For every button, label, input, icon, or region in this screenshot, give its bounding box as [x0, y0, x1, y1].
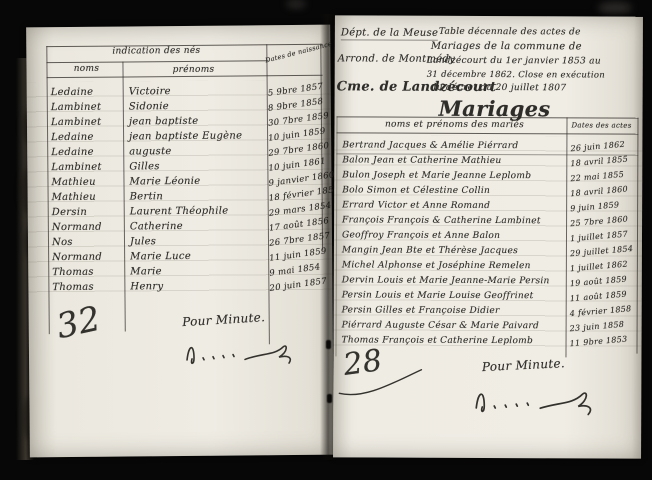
spouses-names: Piérrard Auguste César & Marie Paivard — [342, 320, 564, 331]
table-row: Persin Louis et Marie Louise Geoffrinet1… — [334, 290, 642, 306]
given-name: Henry — [130, 280, 264, 292]
marriage-date: 4 février 1858 — [569, 304, 636, 318]
pour-minute-label: Pour Minute. — [153, 308, 294, 331]
surname: Mathieu — [51, 176, 125, 188]
column-header-spouses: noms et prénoms des mariés — [354, 119, 554, 130]
table-row: François François & Catherine Lambinet25… — [334, 215, 642, 231]
surname: Ledaine — [51, 146, 125, 158]
spouses-names: Geoffroy François et Anne Balon — [342, 230, 564, 241]
caption-line: 31 décembre 1862. Close en exécution — [427, 70, 639, 81]
given-name: Victoire — [129, 85, 263, 97]
spouses-names: Persin Louis et Marie Louise Geoffrinet — [342, 290, 564, 301]
given-name: Catherine — [130, 220, 264, 232]
surname: Lambinet — [51, 161, 125, 173]
surname: Lambinet — [51, 101, 125, 113]
marriage-date: 18 avril 1860 — [570, 184, 637, 198]
marriage-date: 1 juillet 1862 — [570, 259, 637, 273]
column-header-marriage-date: Dates des actes — [571, 121, 635, 129]
spouses-names: Dervin Louis et Marie Jeanne-Marie Persi… — [342, 275, 564, 286]
caption-line: du décret du 20 juillet 1807 — [431, 83, 639, 94]
marriage-date: 23 juin 1858 — [569, 319, 636, 333]
microfilm-scan: indication des nés noms prénoms Dates de… — [0, 0, 652, 480]
register-left-page: indication des nés noms prénoms Dates de… — [26, 25, 334, 458]
table-row: Piérrard Auguste César & Marie Paivard23… — [334, 320, 642, 336]
surname: Normand — [52, 221, 126, 233]
table-row: Geoffroy François et Anne Balon1 juillet… — [334, 230, 642, 246]
register-right-page: Dépt. de la Meuse Arrond. de Montmédy Cm… — [333, 15, 643, 458]
binding-stitch — [327, 394, 332, 403]
given-name: Gilles — [129, 160, 263, 172]
marriage-date: 18 avril 1855 — [570, 154, 637, 168]
table-row: Persin Gilles et Françoise Didier4 févri… — [334, 305, 642, 321]
binding-stitch — [326, 340, 331, 349]
given-name: Bertin — [130, 190, 264, 202]
given-name: Jules — [130, 235, 264, 247]
column-header-prenoms: prénoms — [126, 64, 260, 75]
table-row: Bolo Simon et Célestine Collin18 avril 1… — [334, 185, 642, 201]
spouses-names: Bolo Simon et Célestine Collin — [342, 185, 564, 196]
given-name: Marie — [130, 265, 264, 277]
table-row: Bulon Joseph et Marie Jeanne Leplomb22 m… — [334, 170, 642, 186]
marriage-date: 1 juillet 1857 — [570, 229, 637, 243]
surname: Lambinet — [51, 116, 125, 128]
surname: Mathieu — [52, 191, 126, 203]
signature-flourish — [468, 382, 598, 423]
marriage-date: 29 juillet 1854 — [570, 244, 637, 258]
department-label: Dépt. de la Meuse — [341, 27, 438, 40]
spouses-names: Errard Victor et Anne Romand — [342, 200, 564, 211]
marriage-date: 11 août 1859 — [569, 289, 636, 303]
surname: Thomas — [52, 266, 126, 278]
table-row: ThomasHenry20 juin 1857 — [28, 280, 332, 298]
surname: Dersin — [52, 206, 126, 218]
table-row: Errard Victor et Anne Romand9 juin 1859 — [334, 200, 642, 216]
spouses-names: Balon Jean et Catherine Mathieu — [342, 155, 564, 166]
given-name: Marie Luce — [130, 250, 264, 262]
table-line — [336, 132, 638, 134]
table-row: Balon Jean et Catherine Mathieu18 avril … — [334, 155, 642, 171]
marriage-date: 26 juin 1862 — [570, 139, 637, 153]
spouses-names: Michel Alphonse et Joséphine Remelen — [342, 260, 564, 271]
table-row: Dervin Louis et Marie Jeanne-Marie Persi… — [334, 275, 642, 291]
marriage-date: 11 9bre 1853 — [569, 334, 636, 348]
spouses-names: Bertrand Jacques & Amélie Piérrard — [342, 140, 564, 151]
given-name: jean baptiste — [129, 115, 263, 127]
given-name: Marie Léonie — [129, 175, 263, 187]
marriage-date: 19 août 1859 — [570, 274, 637, 288]
marriage-date: 25 7bre 1860 — [570, 214, 637, 228]
surname: Ledaine — [51, 131, 125, 143]
surname: Normand — [52, 251, 126, 263]
given-name: auguste — [129, 145, 263, 157]
spouses-names: Persin Gilles et Françoise Didier — [342, 305, 564, 316]
table-row: Michel Alphonse et Joséphine Remelen1 ju… — [334, 260, 642, 276]
column-header-noms: noms — [54, 64, 118, 75]
given-name: Sidonie — [129, 100, 263, 112]
given-name: Laurent Théophile — [130, 205, 264, 217]
folio-number: 32 — [53, 299, 104, 348]
table-line — [47, 75, 323, 78]
surname: Ledaine — [51, 86, 125, 98]
marriage-date: 22 mai 1855 — [570, 169, 637, 183]
births-span-header: indication des nés — [66, 45, 246, 57]
surname: Thomas — [52, 281, 126, 293]
signature-flourish — [179, 335, 299, 370]
given-name: jean baptiste Eugène — [129, 130, 263, 142]
table-row: Bertrand Jacques & Amélie Piérrard26 jui… — [334, 140, 642, 156]
folio-flourish — [337, 367, 427, 397]
scanner-smudge — [598, 2, 632, 14]
caption-line: Table décennale des actes de — [439, 27, 639, 38]
caption-line: Landzécourt du 1er janvier 1853 au — [427, 56, 639, 67]
marriage-date: 9 juin 1859 — [570, 199, 637, 213]
pour-minute-label: Pour Minute. — [448, 355, 598, 376]
spouses-names: Bulon Joseph et Marie Jeanne Leplomb — [342, 170, 564, 181]
caption-line: Mariages de la commune de — [431, 41, 639, 53]
table-row: Mangin Jean Bte et Thérèse Jacques29 jui… — [334, 245, 642, 261]
spouses-names: François François & Catherine Lambinet — [342, 215, 564, 226]
spouses-names: Mangin Jean Bte et Thérèse Jacques — [342, 245, 564, 256]
table-line — [46, 60, 268, 63]
scanner-smudge — [286, 0, 306, 8]
surname: Nos — [52, 236, 126, 248]
